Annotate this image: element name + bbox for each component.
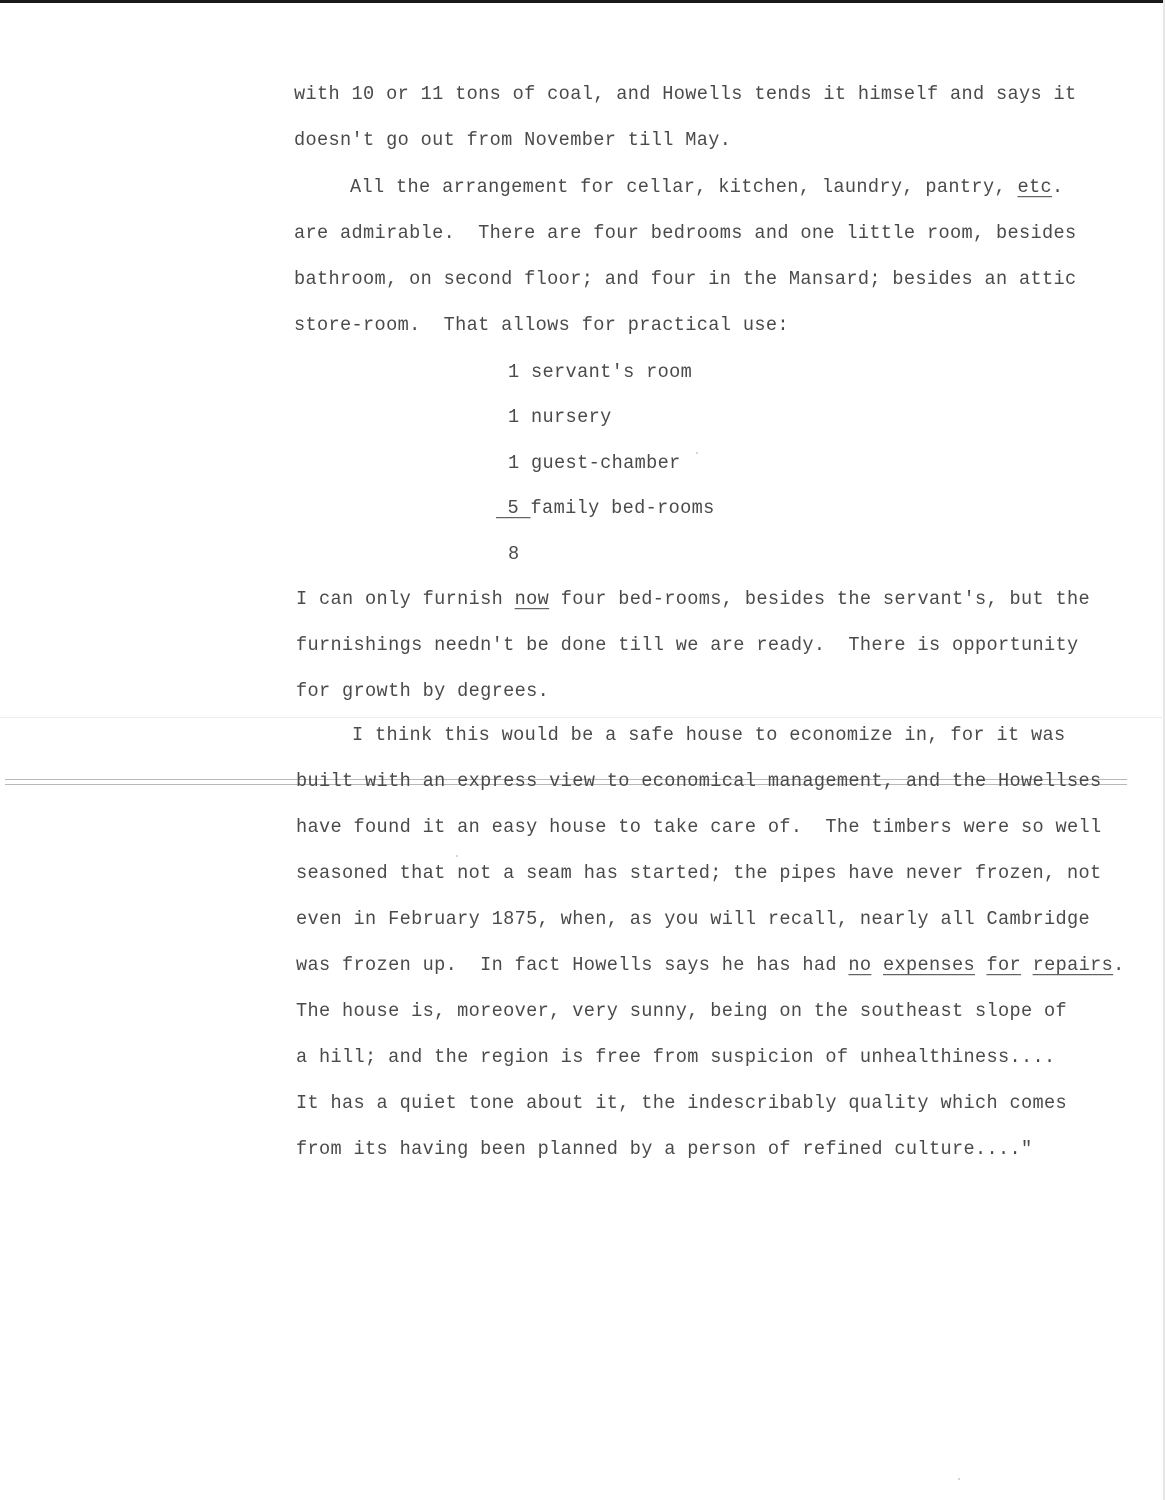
room-count: 1: [508, 452, 520, 474]
text-span: four bed-rooms, besides the servant's, b…: [549, 588, 1090, 610]
text-line: furnishings needn't be done till we are …: [296, 634, 1079, 657]
text-line: even in February 1875, when, as you will…: [296, 908, 1090, 931]
room-label: servant's room: [531, 361, 692, 383]
underlined-word: for: [987, 954, 1022, 976]
room-label: nursery: [531, 406, 612, 428]
text-line: are admirable. There are four bedrooms a…: [294, 222, 1077, 245]
text-line: have found it an easy house to take care…: [296, 816, 1102, 839]
text-line: bathroom, on second floor; and four in t…: [294, 268, 1077, 291]
underlined-word: repairs: [1033, 954, 1114, 976]
text-span: .: [1113, 954, 1125, 976]
text-line: with 10 or 11 tons of coal, and Howells …: [294, 83, 1077, 106]
room-count: 5: [508, 497, 520, 519]
text-line: It has a quiet tone about it, the indesc…: [296, 1092, 1067, 1115]
text-line: The house is, moreover, very sunny, bein…: [296, 1000, 1067, 1023]
text-line: was frozen up. In fact Howells says he h…: [296, 954, 1125, 977]
scan-speck: [696, 452, 698, 454]
room-list-item: 1 nursery: [508, 406, 612, 429]
room-label: family bed-rooms: [531, 497, 715, 519]
text-line: All the arrangement for cellar, kitchen,…: [350, 176, 1064, 199]
room-count: 1: [508, 361, 520, 383]
room-count-underlined: 5: [496, 497, 531, 519]
page-fold-line: [0, 717, 1165, 718]
text-line: I can only furnish now four bed-rooms, b…: [296, 588, 1090, 611]
room-list-item: 1 servant's room: [508, 361, 692, 384]
underlined-word: now: [515, 588, 550, 610]
underlined-word: etc: [1017, 176, 1052, 198]
text-span: All the arrangement for cellar, kitchen,…: [350, 176, 1017, 198]
text-line: built with an express view to economical…: [296, 770, 1102, 793]
text-line: from its having been planned by a person…: [296, 1138, 1033, 1161]
underlined-word: no: [848, 954, 871, 976]
text-span: .: [1052, 176, 1064, 198]
text-line: for growth by degrees.: [296, 680, 549, 703]
text-line: seasoned that not a seam has started; th…: [296, 862, 1102, 885]
room-list-total: 8: [508, 543, 520, 566]
text-line: a hill; and the region is free from susp…: [296, 1046, 1056, 1069]
text-span: was frozen up. In fact Howells says he h…: [296, 954, 848, 976]
room-list-item: 1 guest-chamber: [508, 452, 681, 475]
scan-top-border: [0, 0, 1165, 3]
underlined-word: expenses: [883, 954, 975, 976]
room-count: 1: [508, 406, 520, 428]
room-label: guest-chamber: [531, 452, 681, 474]
scan-speck: [958, 1478, 960, 1480]
text-line: doesn't go out from November till May.: [294, 129, 731, 152]
text-span: I can only furnish: [296, 588, 515, 610]
scan-speck: [456, 855, 458, 857]
room-list-item: 5 family bed-rooms: [496, 497, 715, 520]
text-line: store-room. That allows for practical us…: [294, 314, 789, 337]
text-line: I think this would be a safe house to ec…: [352, 724, 1066, 747]
